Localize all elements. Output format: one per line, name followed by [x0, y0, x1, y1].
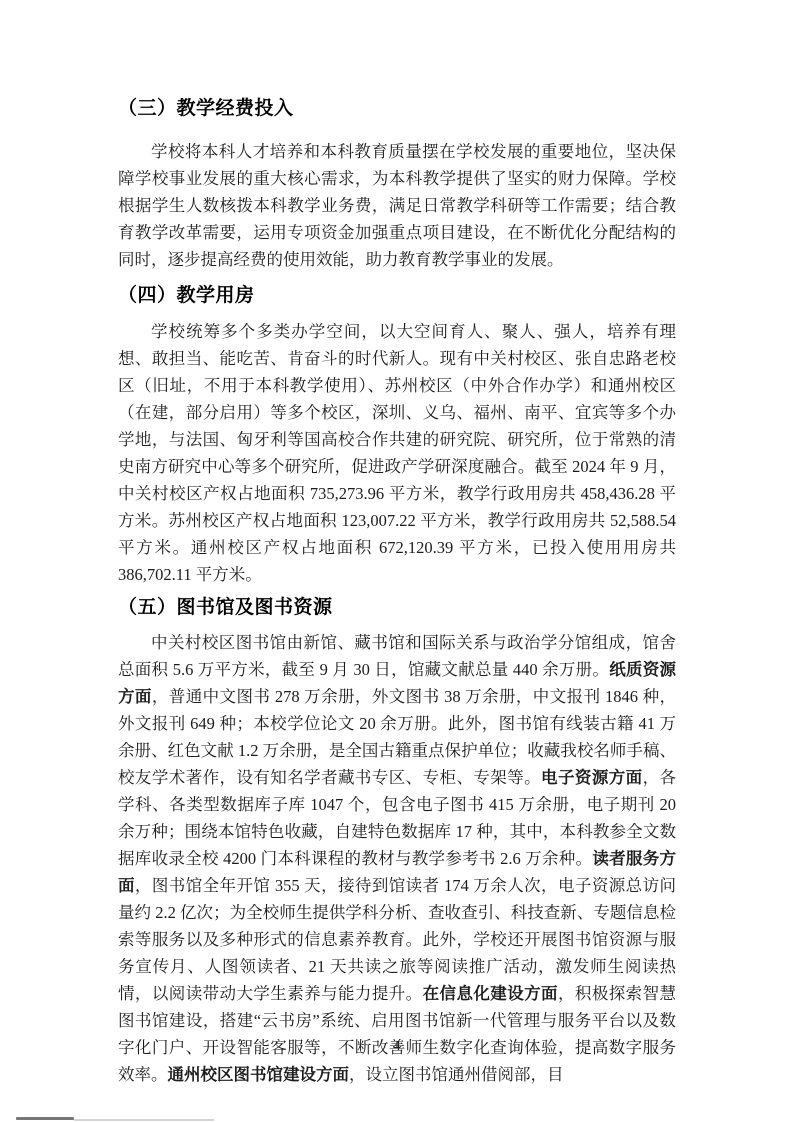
section-paragraph-teaching-space: 学校统筹多个多类办学空间，以大空间育人、聚人、强人，培养有理想、敢担当、能吃苦、…: [118, 318, 676, 588]
section-paragraph-teaching-funds: 学校将本科人才培养和本科教育质量摆在学校发展的重要地位，坚决保障学校事业发展的重…: [118, 138, 676, 273]
scan-artifact-light: [74, 1119, 214, 1121]
scan-artifact-dark: [16, 1117, 74, 1120]
section-teaching-space: （四）教学用房 学校统筹多个多类办学空间，以大空间育人、聚人、强人，培养有理想、…: [118, 283, 676, 588]
section-heading-library-resources: （五）图书馆及图书资源: [118, 595, 676, 621]
section-heading-teaching-funds: （三）教学经费投入: [118, 96, 676, 122]
section-teaching-funds: （三）教学经费投入 学校将本科人才培养和本科教育质量摆在学校发展的重要地位，坚决…: [118, 96, 676, 273]
section-library-resources: （五）图书馆及图书资源 中关村校区图书馆由新馆、藏书馆和国际关系与政治学分馆组成…: [118, 595, 676, 1088]
document-page: （三）教学经费投入 学校将本科人才培养和本科教育质量摆在学校发展的重要地位，坚决…: [0, 0, 794, 1122]
document-content: （三）教学经费投入 学校将本科人才培养和本科教育质量摆在学校发展的重要地位，坚决…: [118, 96, 676, 1088]
section-paragraph-library-resources: 中关村校区图书馆由新馆、藏书馆和国际关系与政治学分馆组成，馆舍总面积 5.6 万…: [118, 629, 676, 1088]
page-number: 4: [118, 1038, 676, 1055]
section-heading-teaching-space: （四）教学用房: [118, 283, 676, 309]
